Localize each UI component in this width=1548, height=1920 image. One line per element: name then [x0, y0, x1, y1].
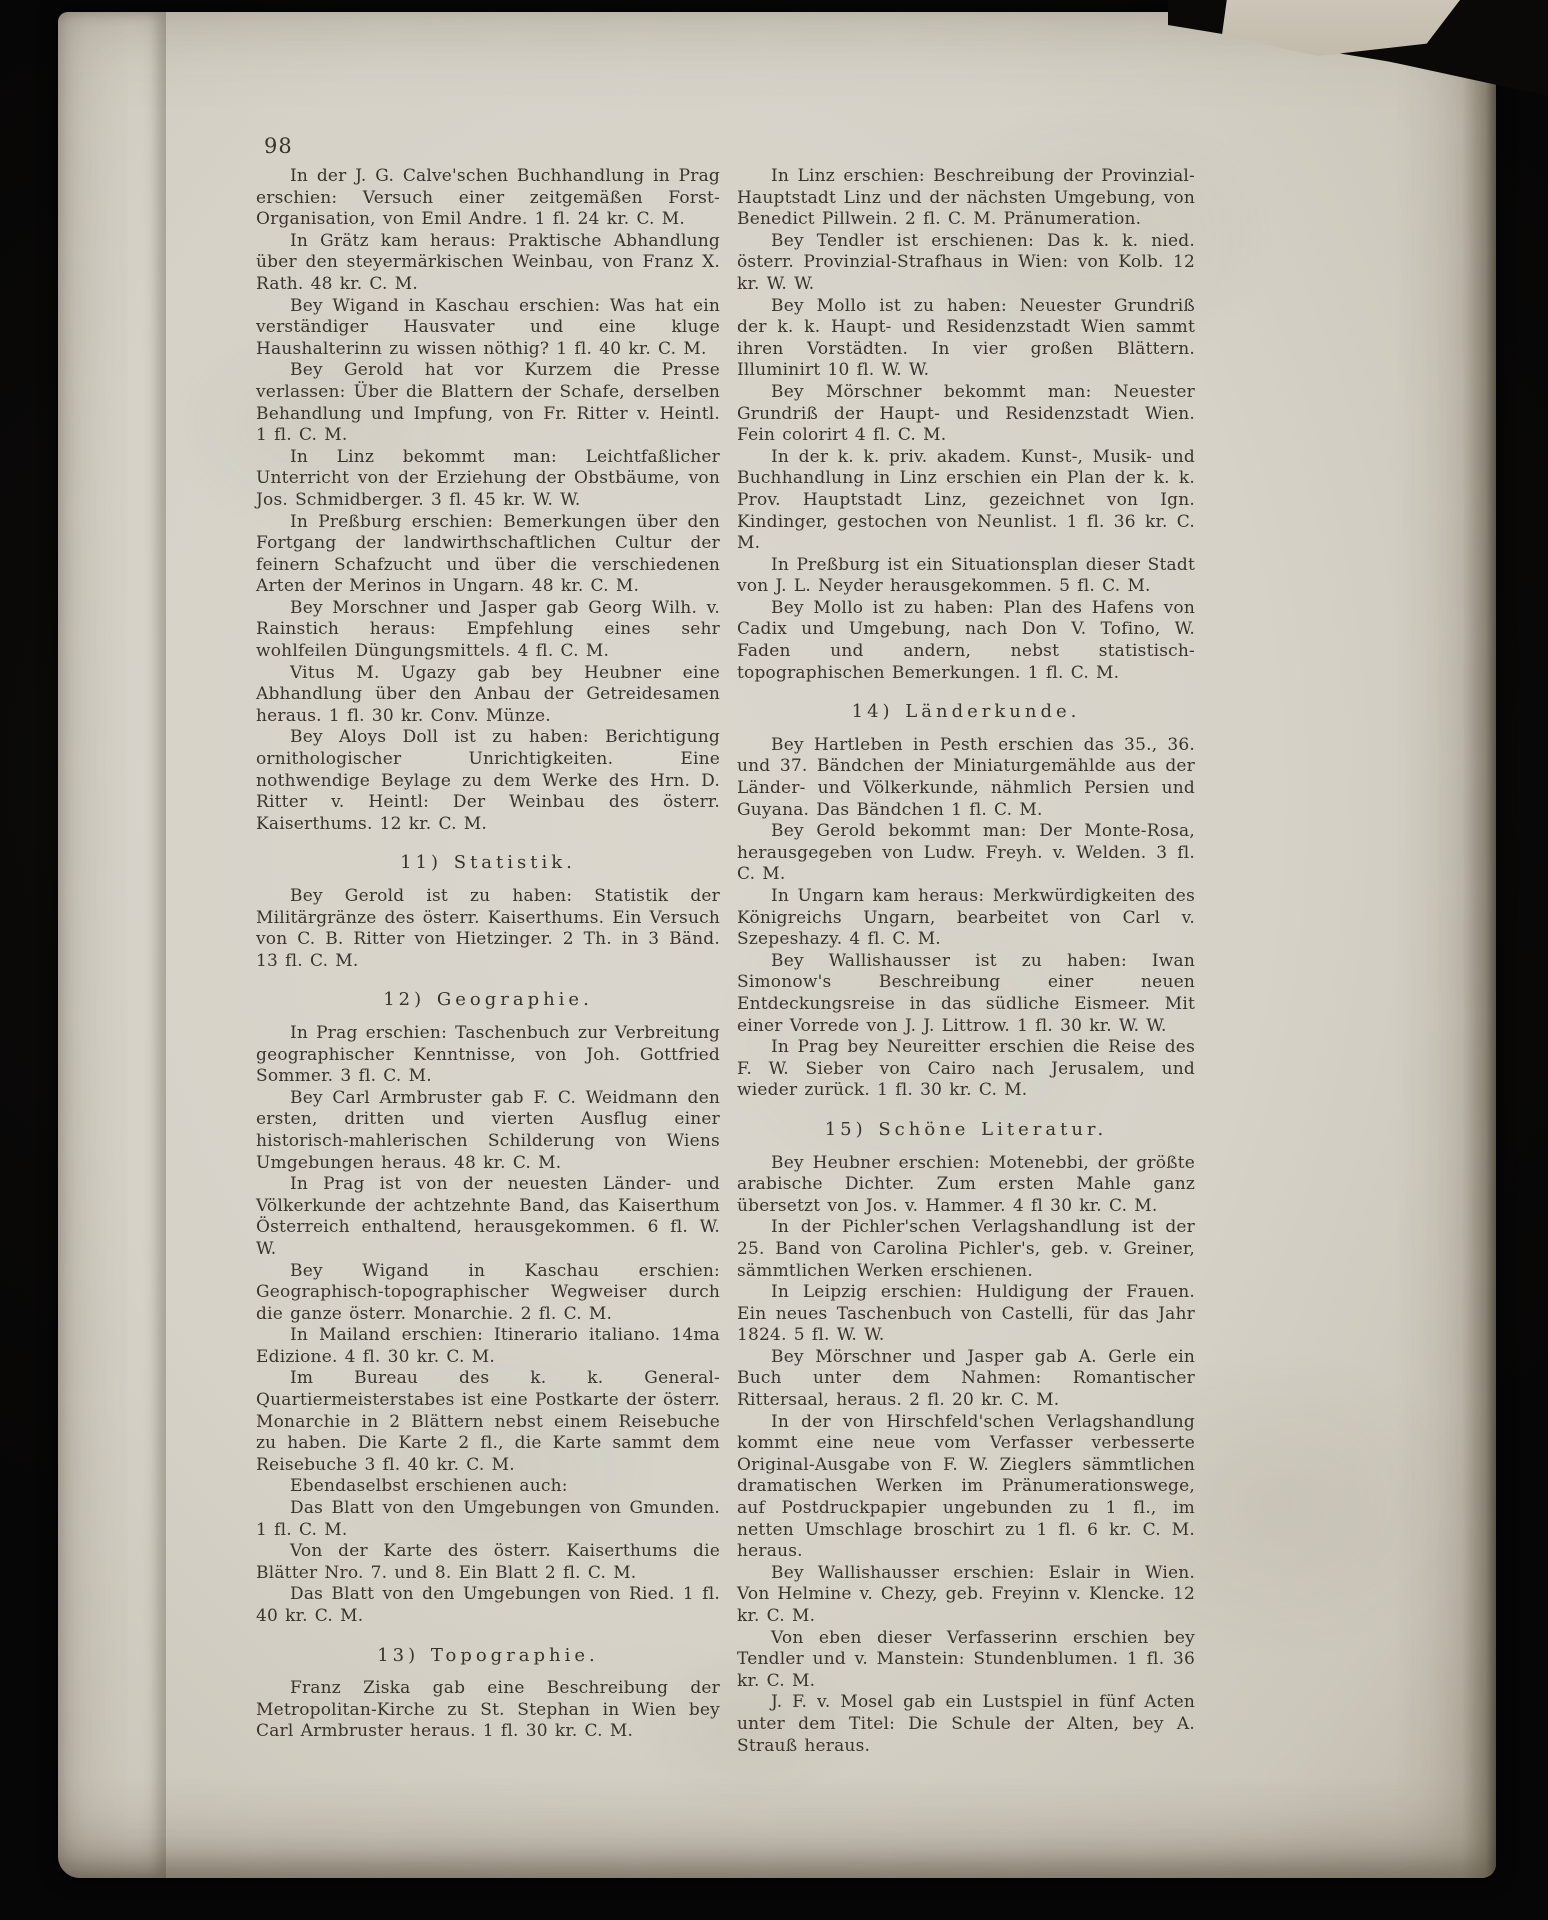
- entry-paragraph: Bey Tendler ist erschienen: Das k. k. ni…: [737, 231, 1195, 296]
- entry-paragraph: In Mailand erschien: Itinerario italiano…: [256, 1325, 720, 1368]
- text-column-left: In der J. G. Calve'schen Buchhandlung in…: [256, 166, 720, 1743]
- section-heading: 11) Statistik.: [256, 852, 720, 874]
- page-stack-fore-edge: [58, 12, 166, 1878]
- entry-paragraph: In Linz erschien: Beschreibung der Provi…: [737, 166, 1195, 231]
- entry-paragraph: Ebendaselbst erschienen auch:: [256, 1476, 720, 1498]
- entry-paragraph: Von eben dieser Verfasserinn erschien be…: [737, 1628, 1195, 1693]
- entry-paragraph: Bey Aloys Doll ist zu haben: Berichtigun…: [256, 727, 720, 835]
- entry-paragraph: Bey Mollo ist zu haben: Neuester Grundri…: [737, 296, 1195, 382]
- entry-paragraph: Von der Karte des österr. Kaiserthums di…: [256, 1541, 720, 1584]
- entry-paragraph: Bey Wigand in Kaschau erschien: Geograph…: [256, 1261, 720, 1326]
- entry-paragraph: Das Blatt von den Umgebungen von Gmunden…: [256, 1498, 720, 1541]
- entry-paragraph: Bey Gerold hat vor Kurzem die Presse ver…: [256, 360, 720, 446]
- entry-paragraph: Das Blatt von den Umgebungen von Ried. 1…: [256, 1584, 720, 1627]
- entry-paragraph: Bey Morschner und Jasper gab Georg Wilh.…: [256, 598, 720, 663]
- entry-paragraph: Bey Wigand in Kaschau erschien: Was hat …: [256, 296, 720, 361]
- entry-paragraph: In Ungarn kam heraus: Merkwürdigkeiten d…: [737, 886, 1195, 951]
- entry-paragraph: Bey Carl Armbruster gab F. C. Weidmann d…: [256, 1088, 720, 1174]
- entry-paragraph: In der J. G. Calve'schen Buchhandlung in…: [256, 166, 720, 231]
- entry-paragraph: In der von Hirschfeld'schen Verlagshandl…: [737, 1412, 1195, 1563]
- entry-paragraph: Bey Gerold bekommt man: Der Monte-Rosa, …: [737, 821, 1195, 886]
- entry-paragraph: Bey Hartleben in Pesth erschien das 35.,…: [737, 735, 1195, 821]
- section-heading: 12) Geographie.: [256, 989, 720, 1011]
- section-heading: 13) Topographie.: [256, 1645, 720, 1667]
- section-heading: 14) Länderkunde.: [737, 701, 1195, 723]
- entry-paragraph: In Prag erschien: Taschenbuch zur Verbre…: [256, 1023, 720, 1088]
- entry-paragraph: Bey Mörschner und Jasper gab A. Gerle ei…: [737, 1347, 1195, 1412]
- entry-paragraph: In Prag ist von der neuesten Länder- und…: [256, 1174, 720, 1260]
- text-column-right: In Linz erschien: Beschreibung der Provi…: [737, 166, 1195, 1757]
- entry-paragraph: J. F. v. Mosel gab ein Lustspiel in fünf…: [737, 1692, 1195, 1757]
- entry-paragraph: Bey Mörschner bekommt man: Neuester Grun…: [737, 382, 1195, 447]
- entry-paragraph: In Linz bekommt man: Leichtfaßlicher Unt…: [256, 447, 720, 512]
- photo-background: 98 In der J. G. Calve'schen Buchhandlung…: [0, 0, 1548, 1920]
- entry-paragraph: Franz Ziska gab eine Beschreibung der Me…: [256, 1678, 720, 1743]
- entry-paragraph: In Grätz kam heraus: Praktische Abhandlu…: [256, 231, 720, 296]
- entry-paragraph: In Preßburg erschien: Bemerkungen über d…: [256, 512, 720, 598]
- entry-paragraph: In Leipzig erschien: Huldigung der Fraue…: [737, 1282, 1195, 1347]
- entry-paragraph: Bey Wallishausser erschien: Eslair in Wi…: [737, 1563, 1195, 1628]
- section-heading: 15) Schöne Literatur.: [737, 1119, 1195, 1141]
- page-number: 98: [264, 134, 293, 158]
- entry-paragraph: In der k. k. priv. akadem. Kunst-, Musik…: [737, 447, 1195, 555]
- entry-paragraph: In der Pichler'schen Verlagshandlung ist…: [737, 1217, 1195, 1282]
- entry-paragraph: In Preßburg ist ein Situationsplan diese…: [737, 555, 1195, 598]
- entry-paragraph: Im Bureau des k. k. General-Quartiermeis…: [256, 1368, 720, 1476]
- entry-paragraph: Bey Heubner erschien: Motenebbi, der grö…: [737, 1153, 1195, 1218]
- entry-paragraph: Bey Mollo ist zu haben: Plan des Hafens …: [737, 598, 1195, 684]
- entry-paragraph: In Prag bey Neureitter erschien die Reis…: [737, 1037, 1195, 1102]
- entry-paragraph: Bey Wallishausser ist zu haben: Iwan Sim…: [737, 951, 1195, 1037]
- entry-paragraph: Bey Gerold ist zu haben: Statistik der M…: [256, 886, 720, 972]
- entry-paragraph: Vitus M. Ugazy gab bey Heubner eine Abha…: [256, 663, 720, 728]
